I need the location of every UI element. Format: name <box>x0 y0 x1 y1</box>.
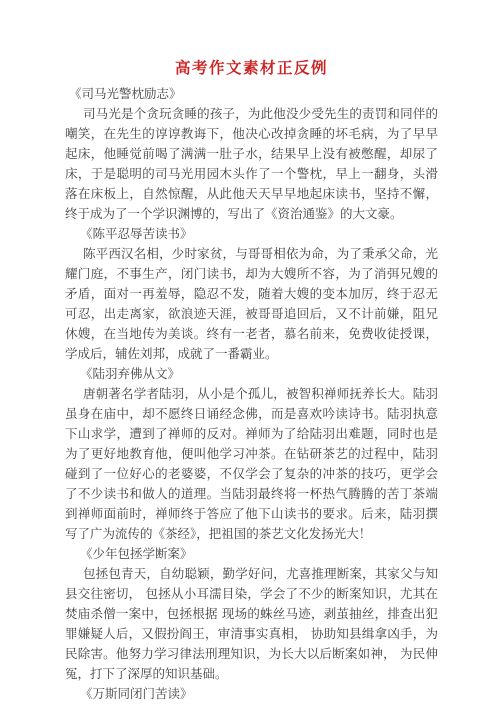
page-title: 高考作文素材正反例 <box>65 56 438 80</box>
section-heading: 《陈平忍辱苦读书》 <box>65 224 438 244</box>
section-heading: 《司马光警枕励志》 <box>65 84 438 104</box>
document-content: 《司马光警枕励志》司马光是个贪玩贪睡的孩子，为此他没少受先生的责罚和同伴的嘲笑，… <box>65 84 438 704</box>
paragraph: 唐朝著名学者陆羽，从小是个孤儿，被智积禅师抚养长大。陆羽虽身在庙中，却不愿终日诵… <box>65 384 438 544</box>
paragraph: 司马光是个贪玩贪睡的孩子，为此他没少受先生的责罚和同伴的嘲笑，在先生的谆谆教诲下… <box>65 104 438 224</box>
section-heading: 《少年包拯学断案》 <box>65 544 438 564</box>
section-heading: 《陆羽弃佛从文》 <box>65 364 438 384</box>
paragraph: 包拯包青天，自幼聪颖，勤学好问，尤喜推理断案，其家父与知县交往密切， 包拯从小耳… <box>65 564 438 684</box>
section-heading: 《万斯同闭门苦读》 <box>65 684 438 704</box>
document-page: 高考作文素材正反例 《司马光警枕励志》司马光是个贪玩贪睡的孩子，为此他没少受先生… <box>0 0 500 707</box>
paragraph: 陈平西汉名相，少时家贫，与哥哥相依为命，为了秉承父命，光耀门庭，不事生产，闭门读… <box>65 244 438 364</box>
